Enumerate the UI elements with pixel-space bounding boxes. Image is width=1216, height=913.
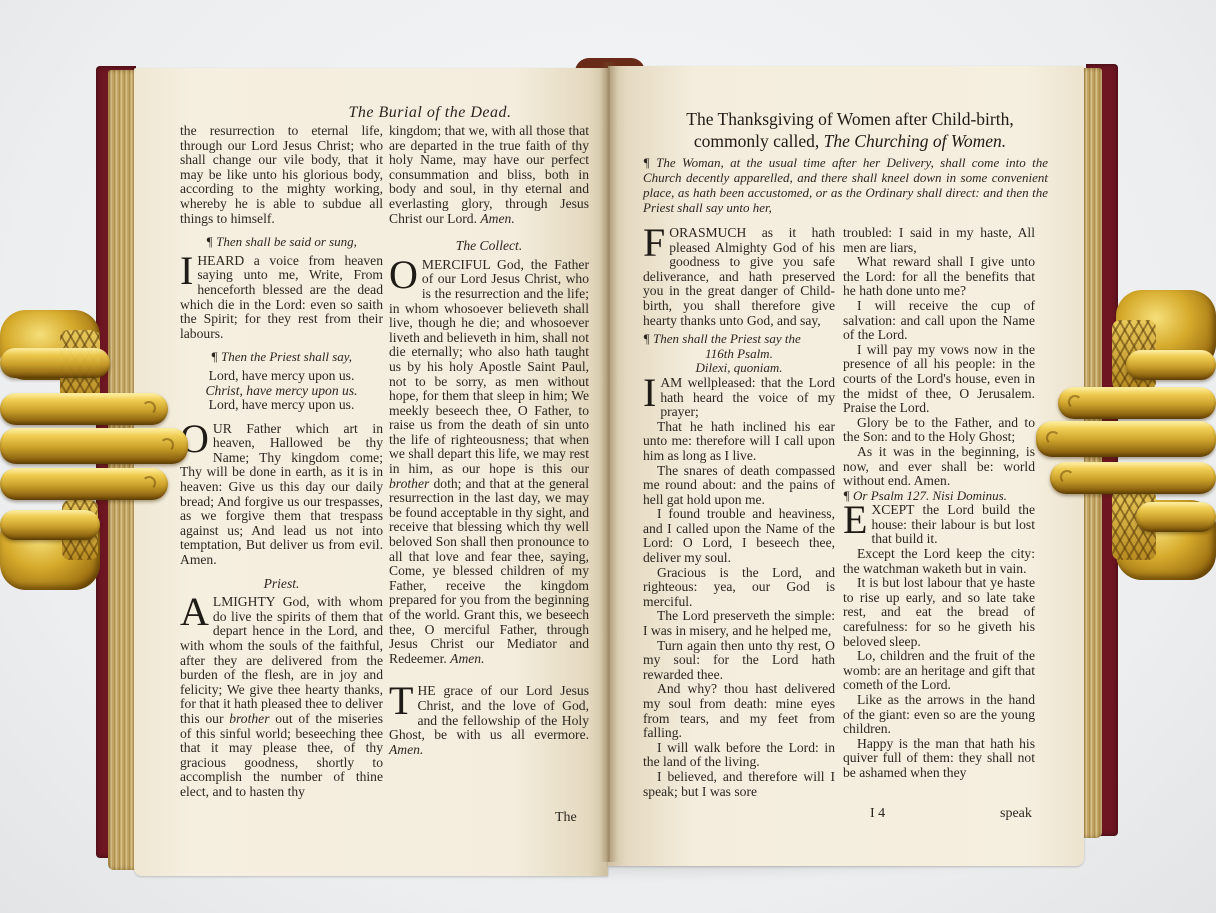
left-brass-hand-page-holder	[0, 300, 200, 590]
right-brass-hand-page-holder	[1036, 290, 1216, 580]
psalm-verse: I will receive the cup of salvation: and…	[843, 299, 1035, 343]
drop-cap-f: F	[643, 227, 665, 258]
psalm-verse: Turn again then unto thy rest, O my soul…	[643, 639, 835, 683]
gloria-verse: Glory be to the Father, and to the Son: …	[843, 416, 1035, 445]
psalm-number: 116th Psalm.	[643, 347, 835, 362]
collect-heading: The Collect.	[389, 239, 589, 254]
drop-cap-i: I	[643, 377, 656, 408]
brass-thumb	[0, 348, 110, 378]
psalm-verse: That he hath inclined his ear unto me: t…	[643, 420, 835, 464]
psalm-verse: And why? thou hast delivered my soul fro…	[643, 682, 835, 740]
psalm-verse: IAM wellpleased: that the Lord hath hear…	[643, 376, 835, 420]
psalm-verse: EXCEPT the Lord build the house: their l…	[843, 503, 1035, 547]
psalm-verse: Gracious is the Lord, and righteous: yea…	[643, 566, 835, 610]
psalm-verse: I will walk before the Lord: in the land…	[643, 741, 835, 770]
psalm-verse: Like as the arrows in the hand of the gi…	[843, 693, 1035, 737]
psalm-verse: Happy is the man that hath his quiver fu…	[843, 737, 1035, 781]
psalm-verse: It is but lost labour that ye haste to r…	[843, 576, 1035, 649]
title-line-2: commonly called, The Churching of Women.	[640, 130, 1060, 152]
psalm-verse: The snares of death compassed me round a…	[643, 464, 835, 508]
collect-paragraph: OMERCIFUL God, the Father of our Lord Je…	[389, 258, 589, 667]
i-heard-a-voice-paragraph: IHEARD a voice from heaven saying unto m…	[180, 254, 383, 342]
drop-cap-i: I	[180, 255, 193, 286]
grace-paragraph: THE grace of our Lord Jesus Christ, and …	[389, 684, 589, 757]
churching-title: The Thanksgiving of Women after Child-bi…	[640, 108, 1060, 152]
psalm-verse: I will pay my vows now in the presence o…	[843, 343, 1035, 416]
brass-finger	[1058, 387, 1216, 419]
psalm-verse: troubled: I said in my haste, All men ar…	[843, 226, 1035, 255]
kyrie-line-2: Christ, have mercy upon us.	[180, 384, 383, 399]
left-catchword: The	[555, 810, 577, 826]
kyrie-line-1: Lord, have mercy upon us.	[180, 369, 383, 384]
forasmuch-paragraph: FORASMUCH as it hath pleased Almighty Go…	[643, 226, 835, 328]
psalm-verse: Except the Lord keep the city: the watch…	[843, 547, 1035, 576]
brass-finger	[0, 428, 188, 464]
right-page-column-1: FORASMUCH as it hath pleased Almighty Go…	[643, 226, 835, 799]
drop-cap-o: O	[389, 259, 418, 290]
psalm-verse: The Lord preserveth the simple: I was in…	[643, 609, 835, 638]
left-page-column-1: the resurrection to eternal life, throug…	[180, 124, 383, 800]
brass-finger	[1136, 502, 1216, 532]
left-page-column-2: kingdom; that we, with all those that ar…	[389, 124, 589, 757]
churching-opening-rubric: ¶ The Woman, at the usual time after her…	[643, 155, 1048, 215]
psalm-verse: I believed, and therefore will I speak; …	[643, 770, 835, 799]
drop-cap-e: E	[843, 504, 867, 535]
kyrie-line-3: Lord, have mercy upon us.	[180, 398, 383, 413]
brass-finger	[0, 468, 168, 500]
brass-finger	[1050, 462, 1216, 494]
rubric-priest-shall-say: ¶ Then the Priest shall say,	[180, 350, 383, 365]
kingdom-paragraph: kingdom; that we, with all those that ar…	[389, 124, 589, 226]
brass-thumb	[1126, 350, 1216, 380]
burial-opening-text: the resurrection to eternal life, throug…	[180, 124, 383, 226]
drop-cap-a: A	[180, 596, 209, 627]
right-page-column-2: troubled: I said in my haste, All men ar…	[843, 226, 1035, 781]
psalm-verse: I found trouble and heaviness, and I cal…	[643, 507, 835, 565]
brass-finger	[1036, 421, 1216, 457]
running-head: The Burial of the Dead.	[260, 104, 600, 122]
drop-cap-t: T	[389, 685, 413, 716]
brass-finger	[0, 393, 168, 425]
photo-scene: The Burial of the Dead. the resurrection…	[0, 0, 1216, 913]
book-gutter	[600, 62, 618, 862]
title-line-1: The Thanksgiving of Women after Child-bi…	[640, 108, 1060, 130]
rubric-116th-psalm: ¶ Then shall the Priest say the	[643, 332, 835, 347]
almighty-god-paragraph: ALMIGHTY God, with whom do live the spir…	[180, 595, 383, 799]
brass-finger	[0, 510, 100, 540]
signature-mark: I 4	[870, 806, 885, 822]
psalm-incipit: Dilexi, quoniam.	[643, 361, 835, 376]
lords-prayer-paragraph: OUR Father which art in heaven, Hallowed…	[180, 422, 383, 568]
gloria-verse: As it was in the beginning, is now, and …	[843, 445, 1035, 489]
psalm-verse: What reward shall I give unto the Lord: …	[843, 255, 1035, 299]
rubric-said-or-sung: ¶ Then shall be said or sung,	[180, 235, 383, 250]
psalm-verse: Lo, children and the fruit of the womb: …	[843, 649, 1035, 693]
priest-heading: Priest.	[180, 577, 383, 592]
right-catchword: speak	[1000, 806, 1032, 822]
